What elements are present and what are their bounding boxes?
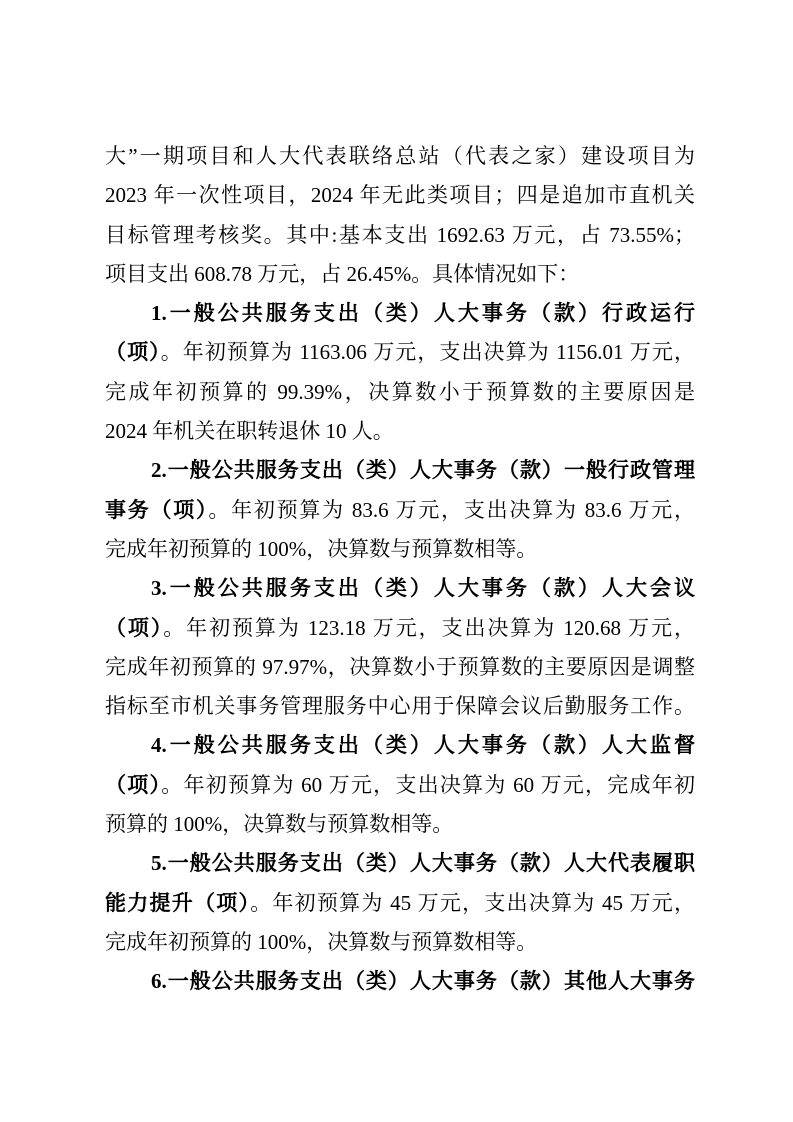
document-body: 大”一期项目和人大代表联络总站（代表之家）建设项目为2023 年一次性项目，20… [105, 137, 695, 1002]
text-run: 。年初预算为 60 万元，支出决算为 60 万元，完成年初 [161, 773, 695, 797]
text-line: 能力提升（项）。年初预算为 45 万元，支出决算为 45 万元， [105, 884, 695, 923]
text-line: （项）。年初预算为 1163.06 万元，支出决算为 1156.01 万元， [105, 333, 695, 372]
text-run-bold: （项） [105, 340, 161, 364]
text-run-bold: 事务（项） [105, 498, 208, 522]
text-line: （项）。年初预算为 60 万元，支出决算为 60 万元，完成年初 [105, 766, 695, 805]
text-run: 2024 年机关在职转退休 10 人。 [105, 419, 394, 443]
text-run: 预算的 100%，决算数与预算数相等。 [105, 812, 453, 836]
text-line: 2.一般公共服务支出（类）人大事务（款）一般行政管理 [105, 451, 695, 490]
text-line: 1.一般公共服务支出（类）人大事务（款）行政运行 [105, 294, 695, 333]
text-line: 4.一般公共服务支出（类）人大事务（款）人大监督 [105, 726, 695, 765]
text-line: 6.一般公共服务支出（类）人大事务（款）其他人大事务 [105, 962, 695, 1001]
text-run: 大”一期项目和人大代表联络总站（代表之家）建设项目为 [105, 144, 695, 168]
text-run-bold: 能力提升（项） [105, 891, 250, 915]
text-run: 2023 年一次性项目，2024 年无此类项目；四是追加市直机关 [105, 183, 695, 207]
text-line: 指标至市机关事务管理服务中心用于保障会议后勤服务工作。 [105, 687, 695, 726]
text-run-bold: 1.一般公共服务支出（类）人大事务（款）行政运行 [151, 301, 695, 325]
text-run: 完成年初预算的 97.97%，决算数小于预算数的主要原因是调整 [105, 655, 695, 679]
text-line: （项）。年初预算为 123.18 万元，支出决算为 120.68 万元， [105, 609, 695, 648]
text-run-bold: 3.一般公共服务支出（类）人大事务（款）人大会议 [151, 576, 695, 600]
text-run-bold: （项） [105, 773, 161, 797]
text-run-bold: 2.一般公共服务支出（类）人大事务（款）一般行政管理 [151, 458, 695, 482]
text-line: 大”一期项目和人大代表联络总站（代表之家）建设项目为 [105, 137, 695, 176]
text-run-bold: （项） [105, 616, 163, 640]
text-line: 完成年初预算的 100%，决算数与预算数相等。 [105, 530, 695, 569]
text-run: 。年初预算为 45 万元，支出决算为 45 万元， [250, 891, 695, 915]
text-line: 2024 年机关在职转退休 10 人。 [105, 412, 695, 451]
text-run-bold: 4.一般公共服务支出（类）人大事务（款）人大监督 [151, 733, 695, 757]
text-line: 项目支出 608.78 万元，占 26.45%。具体情况如下： [105, 255, 695, 294]
text-line: 3.一般公共服务支出（类）人大事务（款）人大会议 [105, 569, 695, 608]
text-run-bold: 6.一般公共服务支出（类）人大事务（款）其他人大事务 [151, 969, 695, 993]
text-line: 2023 年一次性项目，2024 年无此类项目；四是追加市直机关 [105, 176, 695, 215]
text-line: 完成年初预算的 100%，决算数与预算数相等。 [105, 923, 695, 962]
text-run: 目标管理考核奖。其中:基本支出 1692.63 万元，占 73.55%； [105, 223, 695, 247]
text-line: 5.一般公共服务支出（类）人大事务（款）人大代表履职 [105, 844, 695, 883]
text-run: 完成年初预算的 100%，决算数与预算数相等。 [105, 930, 537, 954]
text-line: 目标管理考核奖。其中:基本支出 1692.63 万元，占 73.55%； [105, 216, 695, 255]
text-run: 项目支出 608.78 万元，占 26.45%。具体情况如下： [105, 262, 579, 286]
text-run: 。年初预算为 1163.06 万元，支出决算为 1156.01 万元， [161, 340, 695, 364]
text-run: 完成年初预算的 99.39%，决算数小于预算数的主要原因是 [105, 380, 695, 404]
text-run: 。年初预算为 83.6 万元，支出决算为 83.6 万元， [208, 498, 695, 522]
text-run: 完成年初预算的 100%，决算数与预算数相等。 [105, 537, 537, 561]
document-page: 大”一期项目和人大代表联络总站（代表之家）建设项目为2023 年一次性项目，20… [0, 0, 793, 1122]
text-line: 事务（项）。年初预算为 83.6 万元，支出决算为 83.6 万元， [105, 491, 695, 530]
text-run: 指标至市机关事务管理服务中心用于保障会议后勤服务工作。 [105, 694, 695, 718]
text-line: 完成年初预算的 99.39%，决算数小于预算数的主要原因是 [105, 373, 695, 412]
text-run-bold: 5.一般公共服务支出（类）人大事务（款）人大代表履职 [151, 851, 695, 875]
text-run: 。年初预算为 123.18 万元，支出决算为 120.68 万元， [163, 616, 695, 640]
text-line: 完成年初预算的 97.97%，决算数小于预算数的主要原因是调整 [105, 648, 695, 687]
text-line: 预算的 100%，决算数与预算数相等。 [105, 805, 695, 844]
